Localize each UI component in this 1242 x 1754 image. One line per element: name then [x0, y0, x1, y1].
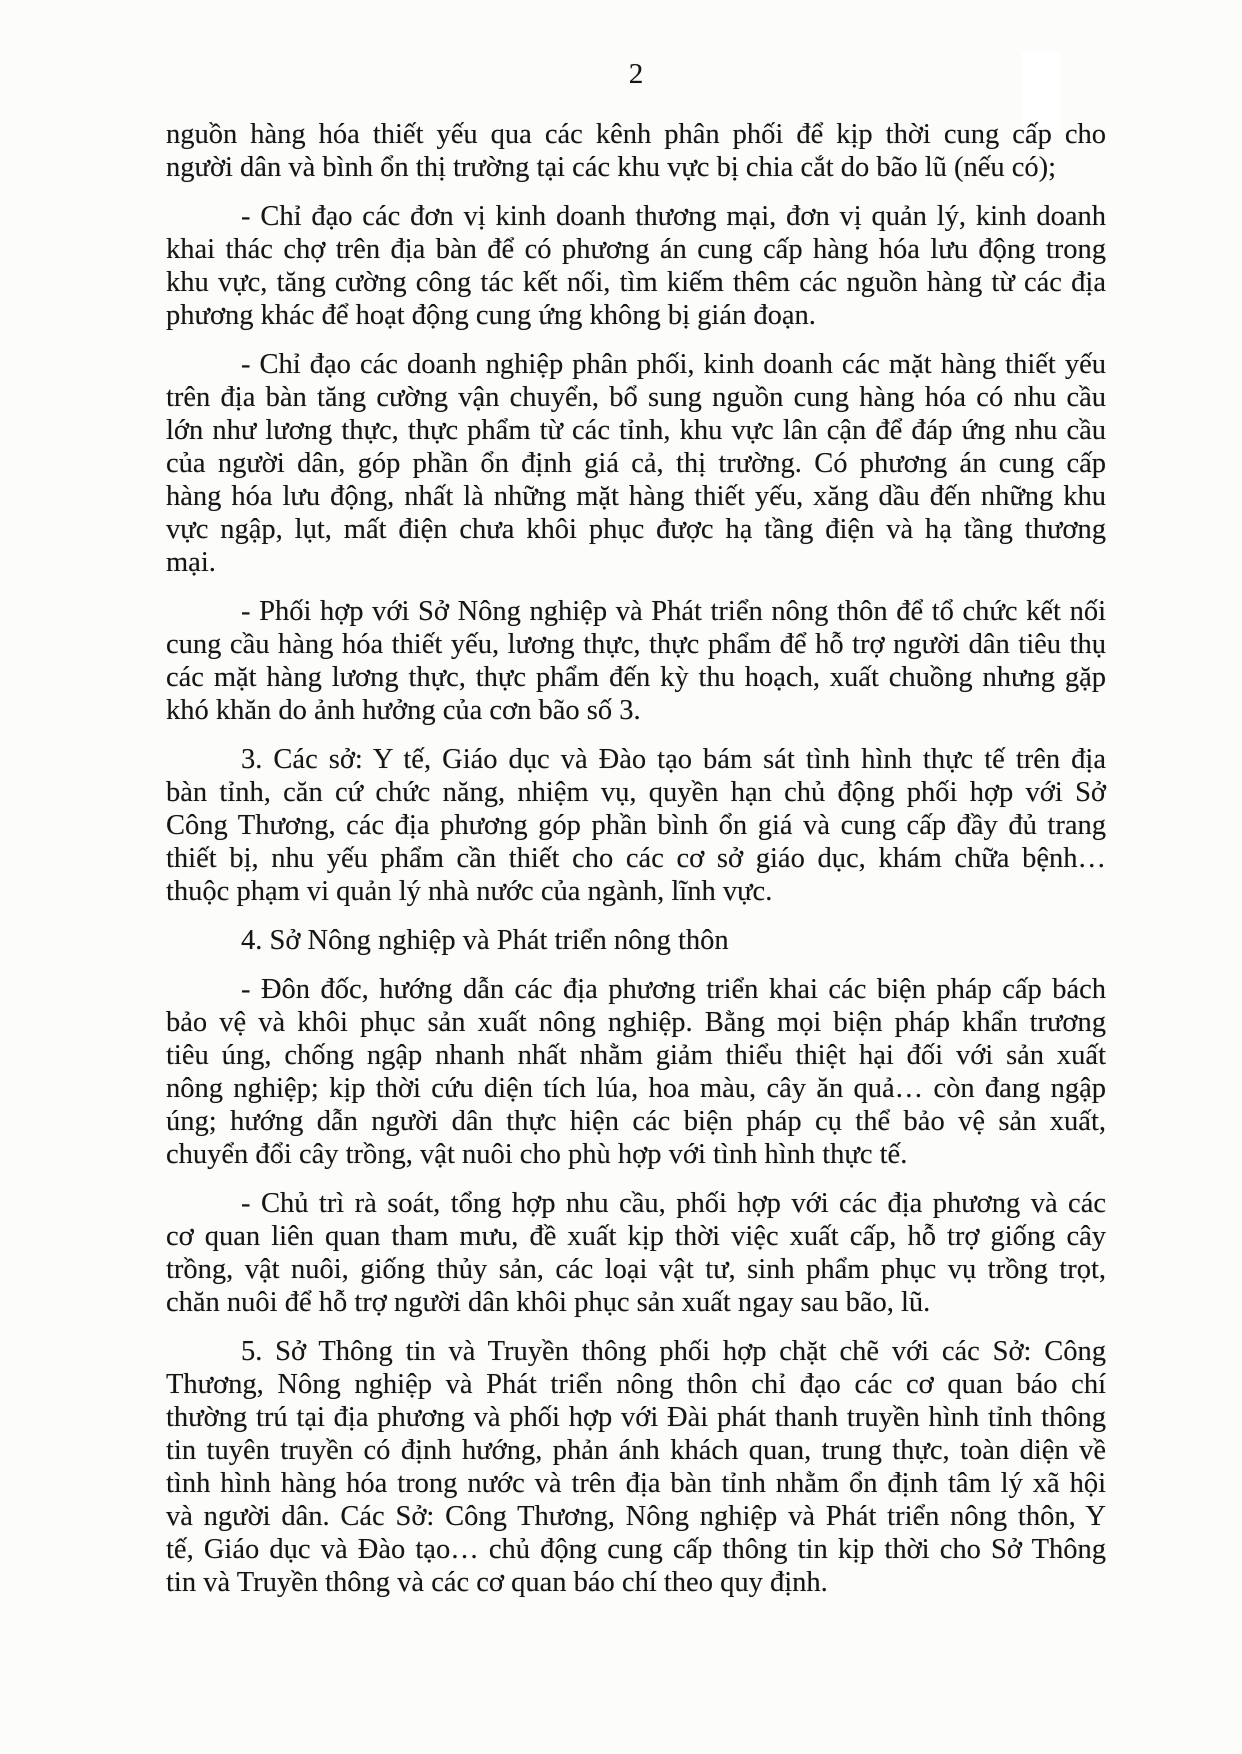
text-line: thuộc phạm vi quản lý nhà nước của ngành…: [166, 875, 1106, 908]
text-line: trồng, vật nuôi, giống thủy sản, các loạ…: [166, 1253, 1106, 1286]
text-line: - Chỉ đạo các doanh nghiệp phân phối, ki…: [166, 348, 1106, 381]
text-line: bàn tỉnh, căn cứ chức năng, nhiệm vụ, qu…: [166, 776, 1106, 809]
text-line: hàng hóa lưu động, nhất là những mặt hàn…: [166, 480, 1106, 513]
text-line: bảo vệ và khôi phục sản xuất nông nghiệp…: [166, 1006, 1106, 1039]
document-page: 2 nguồn hàng hóa thiết yếu qua các kênh …: [0, 0, 1242, 1754]
text-line: của người dân, góp phần ổn định giá cả, …: [166, 447, 1106, 480]
paragraph: 4. Sở Nông nghiệp và Phát triển nông thô…: [166, 924, 1106, 957]
text-line: chuyển đổi cây trồng, vật nuôi cho phù h…: [166, 1138, 1106, 1171]
page-number: 2: [166, 58, 1106, 91]
text-line: nông nghiệp; kịp thời cứu diện tích lúa,…: [166, 1072, 1106, 1105]
text-line: - Chủ trì rà soát, tổng hợp nhu cầu, phố…: [166, 1187, 1106, 1220]
text-line: - Phối hợp với Sở Nông nghiệp và Phát tr…: [166, 595, 1106, 628]
paragraph: - Chỉ đạo các doanh nghiệp phân phối, ki…: [166, 348, 1106, 579]
text-line: 3. Các sở: Y tế, Giáo dục và Đào tạo bám…: [166, 743, 1106, 776]
text-line: chăn nuôi để hỗ trợ người dân khôi phục …: [166, 1286, 1106, 1319]
text-line: khu vực, tăng cường công tác kết nối, tì…: [166, 266, 1106, 299]
paragraph: - Chủ trì rà soát, tổng hợp nhu cầu, phố…: [166, 1187, 1106, 1319]
text-line: Thương, Nông nghiệp và Phát triển nông t…: [166, 1368, 1106, 1401]
text-line: vực ngập, lụt, mất điện chưa khôi phục đ…: [166, 513, 1106, 546]
document-body: nguồn hàng hóa thiết yếu qua các kênh ph…: [166, 118, 1106, 1599]
text-line: cơ quan liên quan tham mưu, đề xuất kịp …: [166, 1220, 1106, 1253]
text-line: úng; hướng dẫn người dân thực hiện các b…: [166, 1105, 1106, 1138]
text-line: thường trú tại địa phương và phối hợp vớ…: [166, 1401, 1106, 1434]
paragraph: - Chỉ đạo các đơn vị kinh doanh thương m…: [166, 200, 1106, 332]
text-line: khó khăn do ảnh hưởng của cơn bão số 3.: [166, 694, 1106, 727]
text-line: tế, Giáo dục và Đào tạo… chủ động cung c…: [166, 1533, 1106, 1566]
paragraph: 5. Sở Thông tin và Truyền thông phối hợp…: [166, 1335, 1106, 1599]
paragraph: - Đôn đốc, hướng dẫn các địa phương triể…: [166, 973, 1106, 1171]
text-line: cung cầu hàng hóa thiết yếu, lương thực,…: [166, 628, 1106, 661]
text-line: Công Thương, các địa phương góp phần bìn…: [166, 809, 1106, 842]
text-line: mại.: [166, 546, 1106, 579]
page-content: 2 nguồn hàng hóa thiết yếu qua các kênh …: [166, 58, 1106, 1599]
text-line: khai thác chợ trên địa bàn để có phương …: [166, 233, 1106, 266]
text-line: phương khác để hoạt động cung ứng không …: [166, 299, 1106, 332]
text-line: lớn như lương thực, thực phẩm từ các tỉn…: [166, 414, 1106, 447]
text-line: - Chỉ đạo các đơn vị kinh doanh thương m…: [166, 200, 1106, 233]
paragraph: 3. Các sở: Y tế, Giáo dục và Đào tạo bám…: [166, 743, 1106, 908]
text-line: thiết bị, nhu yếu phẩm cần thiết cho các…: [166, 842, 1106, 875]
text-line: tiêu úng, chống ngập nhanh nhất nhằm giả…: [166, 1039, 1106, 1072]
paragraph: nguồn hàng hóa thiết yếu qua các kênh ph…: [166, 118, 1106, 184]
text-line: - Đôn đốc, hướng dẫn các địa phương triể…: [166, 973, 1106, 1006]
text-line: nguồn hàng hóa thiết yếu qua các kênh ph…: [166, 118, 1106, 151]
text-line: tin và Truyền thông và các cơ quan báo c…: [166, 1566, 1106, 1599]
text-line: tin tuyên truyền có định hướng, phản ánh…: [166, 1434, 1106, 1467]
text-line: tình hình hàng hóa trong nước và trên đị…: [166, 1467, 1106, 1500]
text-line: 5. Sở Thông tin và Truyền thông phối hợp…: [166, 1335, 1106, 1368]
paragraph: - Phối hợp với Sở Nông nghiệp và Phát tr…: [166, 595, 1106, 727]
text-line: các mặt hàng lương thực, thực phẩm đến k…: [166, 661, 1106, 694]
text-line: 4. Sở Nông nghiệp và Phát triển nông thô…: [166, 924, 1106, 957]
text-line: và người dân. Các Sở: Công Thương, Nông …: [166, 1500, 1106, 1533]
text-line: người dân và bình ổn thị trường tại các …: [166, 151, 1106, 184]
text-line: trên địa bàn tăng cường vận chuyển, bổ s…: [166, 381, 1106, 414]
